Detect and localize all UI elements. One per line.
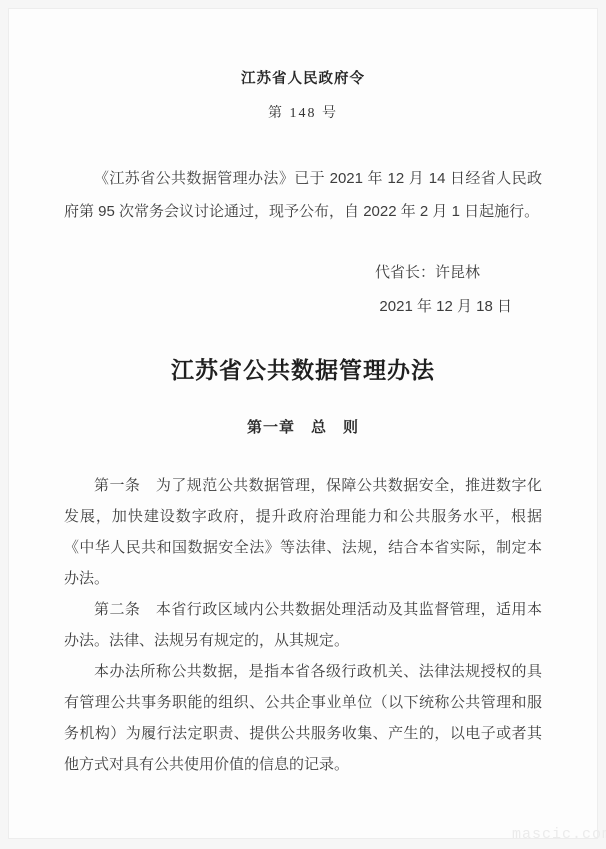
- announcement-paragraph: 《江苏省公共数据管理办法》已于 2021 年 12 月 14 日经省人民政府第 …: [64, 162, 542, 228]
- gov-order-number: 第 148 号: [64, 102, 542, 122]
- article-2-paragraph: 第二条 本省行政区域内公共数据处理活动及其监督管理，适用本办法。法律、法规另有规…: [64, 594, 542, 656]
- article-1-paragraph: 第一条 为了规范公共数据管理，保障公共数据安全，推进数字化发展，加快建设数字政府…: [64, 470, 542, 594]
- gov-order-title: 江苏省人民政府令: [64, 67, 542, 88]
- document-canvas: 江苏省人民政府令 第 148 号 《江苏省公共数据管理办法》已于 2021 年 …: [0, 0, 606, 849]
- document-title: 江苏省公共数据管理办法: [64, 352, 542, 385]
- site-watermark: mascic.com: [512, 826, 606, 843]
- articles-section: 第一条 为了规范公共数据管理，保障公共数据安全，推进数字化发展，加快建设数字政府…: [64, 470, 542, 780]
- signature-date-line: 2021 年 12 月 18 日: [64, 295, 542, 316]
- article-2-definition-paragraph: 本办法所称公共数据，是指本省各级行政机关、法律法规授权的具有管理公共事务职能的组…: [64, 656, 542, 780]
- signature-block: 代省长：许昆林 2021 年 12 月 18 日: [64, 261, 542, 316]
- signer-line: 代省长：许昆林: [64, 261, 542, 282]
- chapter-heading: 第一章 总 则: [64, 416, 542, 437]
- document-page: 江苏省人民政府令 第 148 号 《江苏省公共数据管理办法》已于 2021 年 …: [8, 8, 598, 839]
